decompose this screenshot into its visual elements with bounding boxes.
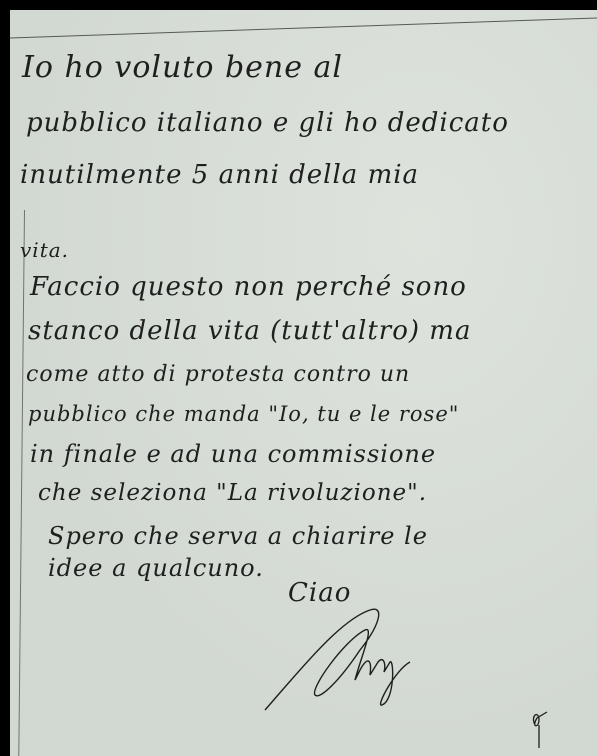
note-line-2: pubblico italiano e gli ho dedicato	[26, 108, 509, 138]
note-line-1: Io ho voluto bene al	[22, 50, 343, 85]
paper-sheet: Io ho voluto bene al pubblico italiano e…	[10, 10, 597, 756]
top-ruled-line	[10, 10, 597, 40]
note-line-8: pubblico che manda "Io, tu e le rose"	[28, 402, 459, 426]
note-line-4: vita.	[20, 238, 69, 262]
note-line-3: inutilmente 5 anni della mia	[20, 160, 419, 190]
note-line-5: Faccio questo non perché sono	[30, 272, 467, 302]
note-line-12: idee a qualcuno.	[48, 554, 264, 582]
note-line-7: come atto di protesta contro un	[26, 362, 410, 387]
note-line-10: che seleziona "La rivoluzione".	[38, 480, 427, 506]
corner-initial-mark	[525, 690, 565, 750]
margin-line	[18, 210, 25, 756]
note-line-11: Spero che serva a chiarire le	[48, 522, 428, 550]
note-line-9: in finale e ad una commissione	[30, 440, 436, 468]
note-line-6: stanco della vita (tutt'altro) ma	[28, 316, 471, 346]
image-frame: Io ho voluto bene al pubblico italiano e…	[0, 0, 597, 756]
signature-luigi	[260, 600, 460, 720]
